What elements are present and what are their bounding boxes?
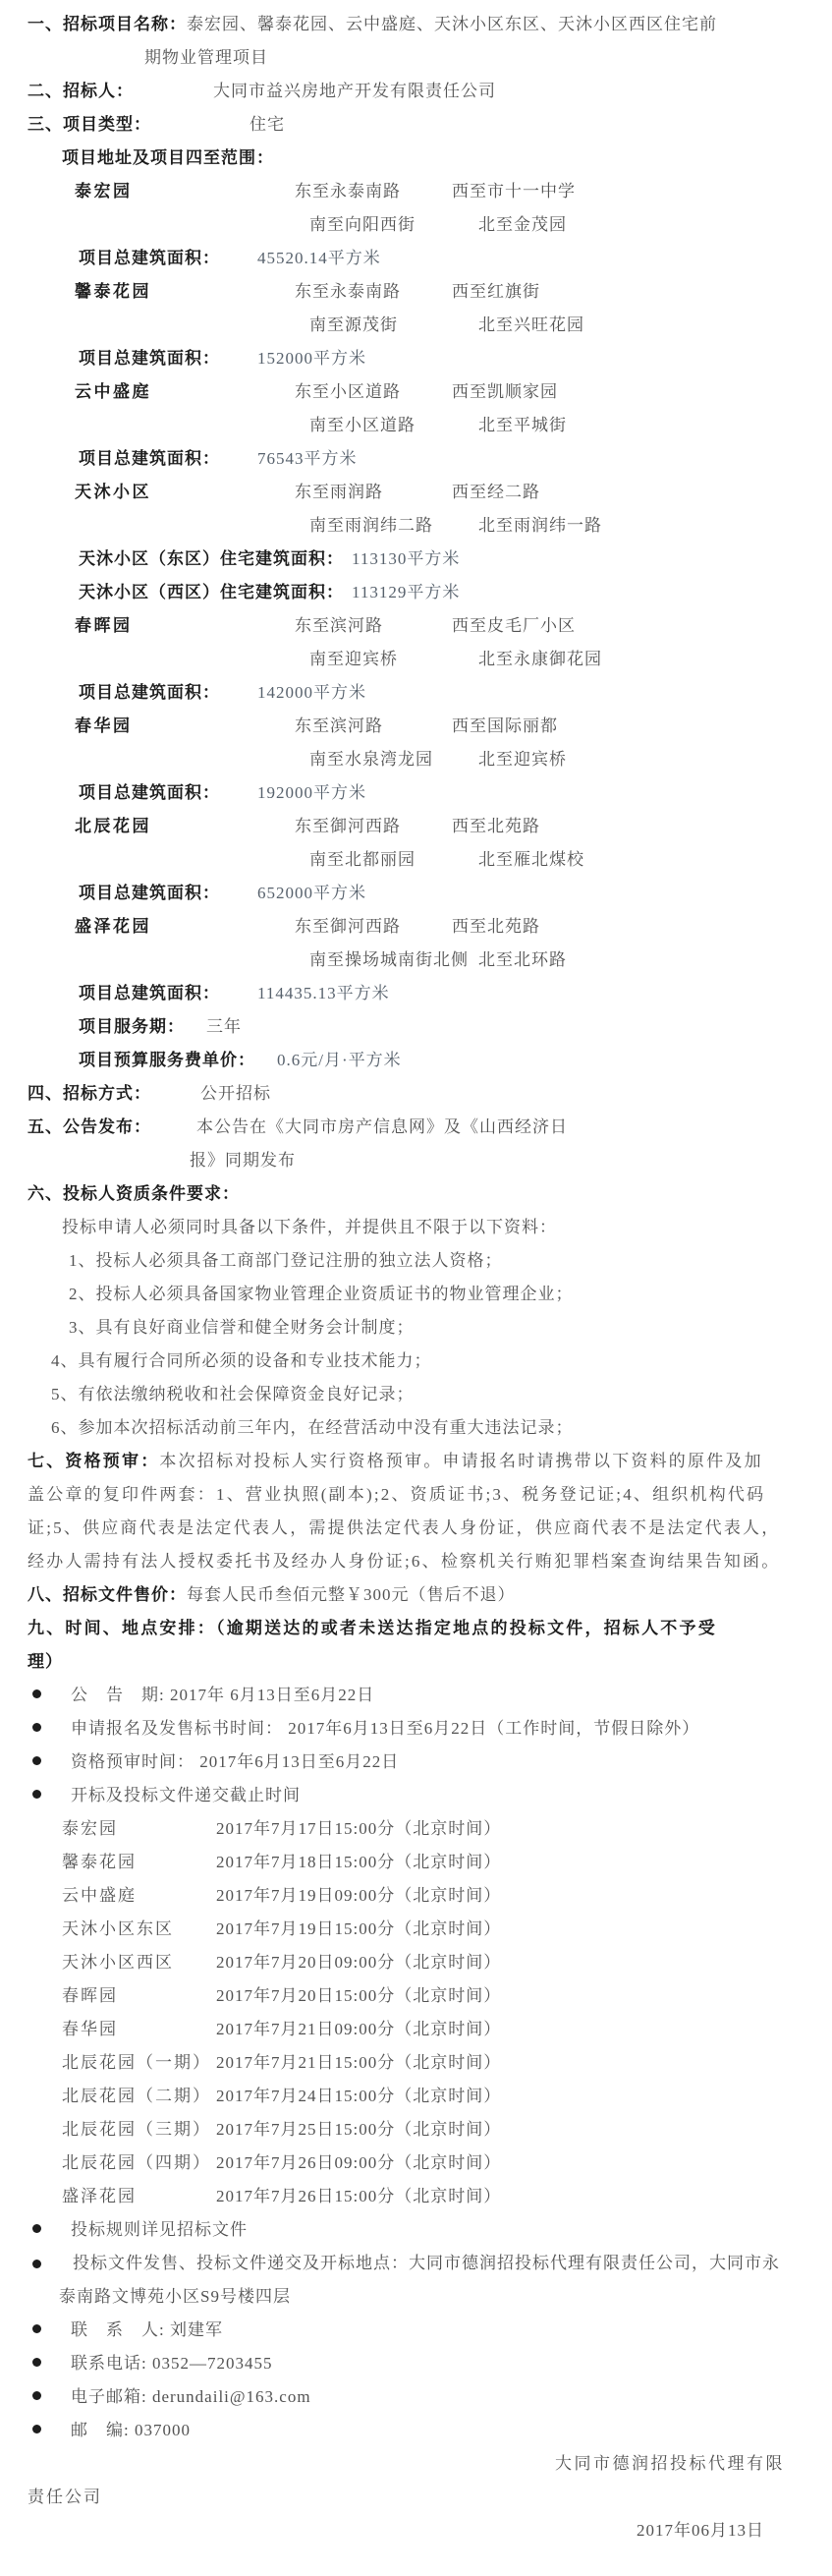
registration-period: 申请报名及发售标书时间： 2017年6月13日至6月22日（工作时间，节假日除外… <box>71 1719 699 1738</box>
section-6-header: 六、投标人资质条件要求： <box>0 1177 832 1211</box>
boundary-west: 西至国际丽都 <box>452 716 558 735</box>
bullet-icon <box>32 1689 41 1698</box>
project-address-row: 盛泽花园东至御河西路西至北苑路 <box>0 910 832 944</box>
boundary-north: 北至兴旺花园 <box>478 315 584 334</box>
tenderee-name: 大同市益兴房地产开发有限责任公司 <box>213 82 496 100</box>
bullet-icon <box>32 1790 41 1799</box>
boundary-south: 南至源茂街 <box>309 309 478 342</box>
section-8-label: 招标文件售价： <box>63 1585 187 1604</box>
deadline-row: 馨泰花园2017年7月18日15:00分（北京时间） <box>0 1846 832 1879</box>
project-name: 春晖园 <box>75 609 295 643</box>
boundary-north: 北至金茂园 <box>478 215 567 234</box>
deadline-time: 2017年7月21日09:00分（北京时间） <box>216 2020 501 2038</box>
project-address-row: 春华园东至滨河路西至国际丽都 <box>0 710 832 743</box>
signature-org-name-part-1: 大同市德润招投标代理有限 <box>555 2454 785 2473</box>
budget-price-label: 项目预算服务费单价： <box>79 1051 255 1069</box>
project-area-row: 项目总建筑面积：152000平方米 <box>0 342 832 375</box>
project-address-row: 泰宏园东至永泰南路西至市十一中学 <box>0 175 832 208</box>
boundary-north: 北至永康御花园 <box>478 650 602 668</box>
deadline-row: 北辰花园（三期）2017年7月25日15:00分（北京时间） <box>0 2113 832 2147</box>
project-name: 云中盛庭 <box>75 375 295 409</box>
project-name: 盛泽花园 <box>75 910 295 944</box>
bullet-icon <box>32 2425 41 2433</box>
qualification-item-text: 4、具有履行合同所必须的设备和专业技术能力； <box>51 1351 432 1370</box>
deadline-row: 北辰花园（二期）2017年7月24日15:00分（北京时间） <box>0 2080 832 2113</box>
area-value: 142000平方米 <box>257 683 366 702</box>
area-label: 项目总建筑面积： <box>79 884 220 902</box>
bid-location-row: 投标文件发售、投标文件递交及开标地点：大同市德润招投标代理有限责任公司，大同市永… <box>0 2247 832 2314</box>
deadline-row: 春晖园2017年7月20日15:00分（北京时间） <box>0 1979 832 2013</box>
boundary-west: 西至皮毛厂小区 <box>452 616 576 635</box>
deadline-project: 北辰花园（二期） <box>62 2080 216 2113</box>
deadline-time: 2017年7月19日15:00分（北京时间） <box>216 1919 501 1938</box>
area-label: 项目总建筑面积： <box>79 783 220 802</box>
project-area-row: 项目总建筑面积：652000平方米 <box>0 877 832 910</box>
announcement-media-line-1: 本公告在《大同市房产信息网》及《山西经济日 <box>196 1117 568 1136</box>
contact-email-row: 电子邮箱: derundaili@163.com <box>0 2380 832 2414</box>
deadline-time: 2017年7月25日15:00分（北京时间） <box>216 2120 501 2139</box>
bullet-icon <box>32 2224 41 2233</box>
section-2-row: 二、招标人：大同市益兴房地产开发有限责任公司 <box>0 75 832 108</box>
document-price: 每套人民币叁佰元整￥300元（售后不退） <box>187 1585 516 1604</box>
section-5-label: 公告发布： <box>63 1117 151 1136</box>
bullet-icon <box>32 2391 41 2400</box>
section-6-number: 六、 <box>28 1177 63 1211</box>
qualification-item: 5、有依法缴纳税收和社会保障资金良好记录； <box>0 1378 832 1411</box>
tianmu-east-label: 天沐小区（东区）住宅建筑面积： <box>79 549 344 568</box>
project-area-row: 项目总建筑面积：142000平方米 <box>0 676 832 710</box>
prequalification-period: 资格预审时间： 2017年6月13日至6月22日 <box>71 1752 399 1771</box>
prequalification-line-4: 经办人需持有法人授权委托书及经办人身份证;6、检察机关行贿犯罪档案查询结果告知函… <box>28 1552 780 1571</box>
prequalification-line-2: 盖公章的复印件两套：1、营业执照(副本);2、资质证书;3、税务登记证;4、组织… <box>28 1485 765 1504</box>
section-5-number: 五、 <box>28 1111 63 1144</box>
project-type: 住宅 <box>250 115 285 134</box>
deadline-project: 天沐小区东区 <box>62 1913 216 1946</box>
boundary-north: 北至雁北煤校 <box>478 850 584 869</box>
project-address-row: 北辰花园东至御河西路西至北苑路 <box>0 810 832 843</box>
project-address-row: 春晖园东至滨河路西至皮毛厂小区 <box>0 609 832 643</box>
deadline-time: 2017年7月17日15:00分（北京时间） <box>216 1819 501 1838</box>
area-label: 项目总建筑面积： <box>79 249 220 267</box>
area-label: 项目总建筑面积： <box>79 349 220 368</box>
area-value: 45520.14平方米 <box>257 249 381 267</box>
signature-org-line-1: 大同市德润招投标代理有限 <box>0 2447 832 2481</box>
address-header: 项目地址及项目四至范围： <box>62 148 274 167</box>
prequalification-line-3: 证;5、供应商代表是法定代表人，需提供法定代表人身份证，供应商代表不是法定代表人… <box>28 1518 780 1537</box>
deadline-row: 天沐小区西区2017年7月20日09:00分（北京时间） <box>0 1946 832 1979</box>
deadline-project: 春华园 <box>62 2013 216 2046</box>
project-area-row: 项目总建筑面积：192000平方米 <box>0 776 832 810</box>
bullet-icon <box>32 2260 41 2268</box>
deadline-row: 北辰花园（四期）2017年7月26日09:00分（北京时间） <box>0 2147 832 2180</box>
section-3-label: 项目类型： <box>63 115 151 134</box>
bid-rules-row: 投标规则详见招标文件 <box>0 2213 832 2247</box>
project-address-row: 馨泰花园东至永泰南路西至红旗街 <box>0 275 832 309</box>
qualification-item-text: 2、投标人必须具备国家物业管理企业资质证书的物业管理企业； <box>69 1285 574 1303</box>
boundary-north: 北至平城街 <box>478 416 567 434</box>
project-title-line-2: 期物业管理项目 <box>144 48 268 67</box>
deadline-header: 开标及投标文件递交截止时间 <box>71 1786 301 1804</box>
boundary-west: 西至红旗街 <box>452 282 540 301</box>
deadline-project: 馨泰花园 <box>62 1846 216 1879</box>
tianmu-west-area: 113129平方米 <box>352 583 460 601</box>
project-area-row: 项目总建筑面积：45520.14平方米 <box>0 242 832 275</box>
project-address-row-2: 南至迎宾桥北至永康御花园 <box>0 643 832 676</box>
project-area-row: 项目总建筑面积：76543平方米 <box>0 442 832 476</box>
contact-phone: 联系电话: 0352—7203455 <box>71 2354 272 2373</box>
project-name: 馨泰花园 <box>75 275 295 309</box>
bullet-icon <box>32 2358 41 2367</box>
boundary-south: 南至雨润纬二路 <box>309 509 478 543</box>
service-period-row: 项目服务期：三年 <box>0 1010 832 1044</box>
deadline-time: 2017年7月26日09:00分（北京时间） <box>216 2153 501 2172</box>
section-7-line-2: 盖公章的复印件两套：1、营业执照(副本);2、资质证书;3、税务登记证;4、组织… <box>0 1478 832 1512</box>
deadline-row: 泰宏园2017年7月17日15:00分（北京时间） <box>0 1812 832 1846</box>
announcement-media-line-2: 报》同期发布 <box>190 1151 296 1170</box>
area-label: 项目总建筑面积： <box>79 449 220 468</box>
qualification-item: 1、投标人必须具备工商部门登记注册的独立法人资格； <box>0 1244 832 1278</box>
section-4-label: 招标方式： <box>63 1084 151 1103</box>
tianmu-east-area: 113130平方米 <box>352 549 460 568</box>
boundary-west: 西至市十一中学 <box>452 182 576 200</box>
deadline-project: 天沐小区西区 <box>62 1946 216 1979</box>
bullet-icon <box>32 1756 41 1765</box>
arrangement-header-line-1: 时间、地点安排：（逾期送达的或者未送达指定地点的投标文件，招标人不予受 <box>65 1619 717 1637</box>
bullet-icon <box>32 1723 41 1732</box>
boundary-south: 南至操场城南街北侧 <box>309 944 478 977</box>
section-8-row: 八、招标文件售价：每套人民币叁佰元整￥300元（售后不退） <box>0 1578 832 1612</box>
announcement-period-row: 公 告 期: 2017年 6月13日至6月22日 <box>0 1679 832 1712</box>
qualification-item-text: 3、具有良好商业信誉和健全财务会计制度； <box>69 1318 415 1337</box>
section-9-number: 九、 <box>28 1619 65 1637</box>
project-area-row: 项目总建筑面积：114435.13平方米 <box>0 977 832 1010</box>
project-address-row-2: 南至源茂街北至兴旺花园 <box>0 309 832 342</box>
section-7-number: 七、 <box>28 1445 65 1478</box>
section-7-line-4: 经办人需持有法人授权委托书及经办人身份证;6、检察机关行贿犯罪档案查询结果告知函… <box>0 1545 832 1578</box>
arrangement-header-line-2: 理） <box>28 1652 63 1671</box>
boundary-east: 东至小区道路 <box>295 375 452 409</box>
deadline-project: 春晖园 <box>62 1979 216 2013</box>
prequalification-line-1: 本次招标对投标人实行资格预审。申请报名时请携带以下资料的原件及加 <box>159 1452 762 1470</box>
boundary-north: 北至迎宾桥 <box>478 750 567 769</box>
deadline-project: 北辰花园（四期） <box>62 2147 216 2180</box>
deadline-row: 盛泽花园2017年7月26日15:00分（北京时间） <box>0 2180 832 2213</box>
deadline-time: 2017年7月21日15:00分（北京时间） <box>216 2053 501 2072</box>
section-5-line-2: 报》同期发布 <box>0 1144 832 1177</box>
boundary-north: 北至雨润纬一路 <box>478 516 602 535</box>
deadline-time: 2017年7月24日15:00分（北京时间） <box>216 2087 501 2105</box>
area-value: 192000平方米 <box>257 783 366 802</box>
postcode-row: 邮 编: 037000 <box>0 2414 832 2447</box>
contact-person: 联 系 人: 刘建军 <box>71 2320 223 2339</box>
project-address-row-2: 南至小区道路北至平城街 <box>0 409 832 442</box>
boundary-east: 东至滨河路 <box>295 710 452 743</box>
section-1-label: 招标项目名称： <box>63 15 187 33</box>
section-2-label: 招标人： <box>63 82 134 100</box>
boundary-east: 东至永泰南路 <box>295 175 452 208</box>
section-3-row: 三、项目类型：住宅 <box>0 108 832 142</box>
budget-price-row: 项目预算服务费单价：0.6元/月·平方米 <box>0 1044 832 1077</box>
bid-rules: 投标规则详见招标文件 <box>71 2220 248 2239</box>
bidding-method: 公开招标 <box>200 1084 271 1103</box>
signature-org-name-part-2: 责任公司 <box>28 2488 102 2506</box>
section-1-number: 一、 <box>28 8 63 41</box>
qualification-item-text: 5、有依法缴纳税收和社会保障资金良好记录； <box>51 1385 415 1403</box>
signature-date-row: 2017年06月13日 <box>0 2514 832 2547</box>
boundary-east: 东至御河西路 <box>295 810 452 843</box>
boundary-east: 东至御河西路 <box>295 910 452 944</box>
deadline-row: 春华园2017年7月21日09:00分（北京时间） <box>0 2013 832 2046</box>
project-name: 天沐小区 <box>75 476 295 509</box>
tianmu-west-label: 天沐小区（西区）住宅建筑面积： <box>79 583 344 601</box>
boundary-west: 西至经二路 <box>452 483 540 501</box>
deadline-row: 云中盛庭2017年7月19日09:00分（北京时间） <box>0 1879 832 1913</box>
section-9-line-2: 理） <box>0 1645 832 1679</box>
deadline-time: 2017年7月26日15:00分（北京时间） <box>216 2187 501 2205</box>
section-6-label: 投标人资质条件要求： <box>63 1184 240 1203</box>
service-period-value: 三年 <box>206 1017 242 1036</box>
contact-phone-row: 联系电话: 0352—7203455 <box>0 2347 832 2380</box>
project-name: 春华园 <box>75 710 295 743</box>
boundary-west: 西至凯顺家园 <box>452 382 558 401</box>
project-address-row-2: 南至雨润纬二路北至雨润纬一路 <box>0 509 832 543</box>
section-7-line-3: 证;5、供应商代表是法定代表人，需提供法定代表人身份证，供应商代表不是法定代表人… <box>0 1512 832 1545</box>
section-7-line-1: 七、资格预审：本次招标对投标人实行资格预审。申请报名时请携带以下资料的原件及加 <box>0 1445 832 1478</box>
qualification-item: 2、投标人必须具备国家物业管理企业资质证书的物业管理企业； <box>0 1278 832 1311</box>
area-label: 项目总建筑面积： <box>79 683 220 702</box>
project-address-row: 云中盛庭东至小区道路西至凯顺家园 <box>0 375 832 409</box>
boundary-south: 南至北都丽园 <box>309 843 478 877</box>
document-page: 一、招标项目名称：泰宏园、馨泰花园、云中盛庭、天沐小区东区、天沐小区西区住宅前 … <box>0 0 832 2576</box>
section-2-number: 二、 <box>28 75 63 108</box>
project-title-line-1: 泰宏园、馨泰花园、云中盛庭、天沐小区东区、天沐小区西区住宅前 <box>187 15 717 33</box>
signature-org-line-2: 责任公司 <box>0 2481 832 2514</box>
bullet-icon <box>32 2324 41 2333</box>
boundary-south: 南至水泉湾龙园 <box>309 743 478 776</box>
tianmu-east-area-row: 天沐小区（东区）住宅建筑面积：113130平方米 <box>0 543 832 576</box>
boundary-west: 西至北苑路 <box>452 917 540 936</box>
boundary-south: 南至向阳西街 <box>309 208 478 242</box>
qualification-item: 3、具有良好商业信誉和健全财务会计制度； <box>0 1311 832 1345</box>
project-name: 泰宏园 <box>75 175 295 208</box>
boundary-north: 北至北环路 <box>478 950 567 969</box>
qualification-item: 6、参加本次招标活动前三年内，在经营活动中没有重大违法记录； <box>0 1411 832 1445</box>
deadline-project: 北辰花园（三期） <box>62 2113 216 2147</box>
service-period-label: 项目服务期： <box>79 1017 185 1036</box>
deadline-time: 2017年7月20日15:00分（北京时间） <box>216 1986 501 2005</box>
deadline-project: 盛泽花园 <box>62 2180 216 2213</box>
deadline-time: 2017年7月18日15:00分（北京时间） <box>216 1853 501 1871</box>
section-5-line-1: 五、公告发布：本公告在《大同市房产信息网》及《山西经济日 <box>0 1111 832 1144</box>
boundary-east: 东至滨河路 <box>295 609 452 643</box>
qualification-item-text: 1、投标人必须具备工商部门登记注册的独立法人资格； <box>69 1251 503 1270</box>
deadline-project: 北辰花园（一期） <box>62 2046 216 2080</box>
prequalification-period-row: 资格预审时间： 2017年6月13日至6月22日 <box>0 1746 832 1779</box>
deadline-row: 天沐小区东区2017年7月19日15:00分（北京时间） <box>0 1913 832 1946</box>
project-address-row-2: 南至操场城南街北侧北至北环路 <box>0 944 832 977</box>
tianmu-west-area-row: 天沐小区（西区）住宅建筑面积：113129平方米 <box>0 576 832 609</box>
section-4-number: 四、 <box>28 1077 63 1111</box>
deadline-time: 2017年7月20日09:00分（北京时间） <box>216 1953 501 1972</box>
section-7-label: 资格预审： <box>65 1452 159 1470</box>
signature-date: 2017年06月13日 <box>637 2521 764 2540</box>
project-address-row-2: 南至北都丽园北至雁北煤校 <box>0 843 832 877</box>
deadline-row: 北辰花园（一期）2017年7月21日15:00分（北京时间） <box>0 2046 832 2080</box>
section-4-row: 四、招标方式：公开招标 <box>0 1077 832 1111</box>
area-value: 114435.13平方米 <box>257 984 390 1002</box>
deadline-time: 2017年7月19日09:00分（北京时间） <box>216 1886 501 1905</box>
address-header-row: 项目地址及项目四至范围： <box>0 142 832 175</box>
area-value: 76543平方米 <box>257 449 358 468</box>
area-value: 652000平方米 <box>257 884 366 902</box>
deadline-project: 泰宏园 <box>62 1812 216 1846</box>
section-3-number: 三、 <box>28 108 63 142</box>
contact-email: 电子邮箱: derundaili@163.com <box>71 2387 311 2406</box>
project-address-row: 天沐小区东至雨润路西至经二路 <box>0 476 832 509</box>
project-address-row-2: 南至水泉湾龙园北至迎宾桥 <box>0 743 832 776</box>
section-1-line-2: 期物业管理项目 <box>0 41 832 75</box>
section-9-line-1: 九、时间、地点安排：（逾期送达的或者未送达指定地点的投标文件，招标人不予受 <box>0 1612 832 1645</box>
announcement-period: 公 告 期: 2017年 6月13日至6月22日 <box>71 1686 374 1704</box>
registration-period-row: 申请报名及发售标书时间： 2017年6月13日至6月22日（工作时间，节假日除外… <box>0 1712 832 1746</box>
bid-location: 投标文件发售、投标文件递交及开标地点：大同市德润招投标代理有限责任公司，大同市永… <box>59 2254 780 2306</box>
boundary-east: 东至雨润路 <box>295 476 452 509</box>
qualification-item-text: 6、参加本次招标活动前三年内，在经营活动中没有重大违法记录； <box>51 1418 574 1437</box>
contact-person-row: 联 系 人: 刘建军 <box>0 2314 832 2347</box>
area-value: 152000平方米 <box>257 349 366 368</box>
project-name: 北辰花园 <box>75 810 295 843</box>
budget-price-value: 0.6元/月·平方米 <box>277 1051 402 1069</box>
section-8-number: 八、 <box>28 1578 63 1612</box>
postcode: 邮 编: 037000 <box>71 2421 191 2439</box>
section-1-line-1: 一、招标项目名称：泰宏园、馨泰花园、云中盛庭、天沐小区东区、天沐小区西区住宅前 <box>0 8 832 41</box>
qualification-intro: 投标申请人必须同时具备以下条件，并提供且不限于以下资料： <box>62 1218 557 1236</box>
boundary-east: 东至永泰南路 <box>295 275 452 309</box>
boundary-west: 西至北苑路 <box>452 817 540 835</box>
area-label: 项目总建筑面积： <box>79 984 220 1002</box>
boundary-south: 南至小区道路 <box>309 409 478 442</box>
qualification-item: 4、具有履行合同所必须的设备和专业技术能力； <box>0 1345 832 1378</box>
deadline-header-row: 开标及投标文件递交截止时间 <box>0 1779 832 1812</box>
qualification-intro-row: 投标申请人必须同时具备以下条件，并提供且不限于以下资料： <box>0 1211 832 1244</box>
boundary-south: 南至迎宾桥 <box>309 643 478 676</box>
deadline-project: 云中盛庭 <box>62 1879 216 1913</box>
project-address-row-2: 南至向阳西街北至金茂园 <box>0 208 832 242</box>
